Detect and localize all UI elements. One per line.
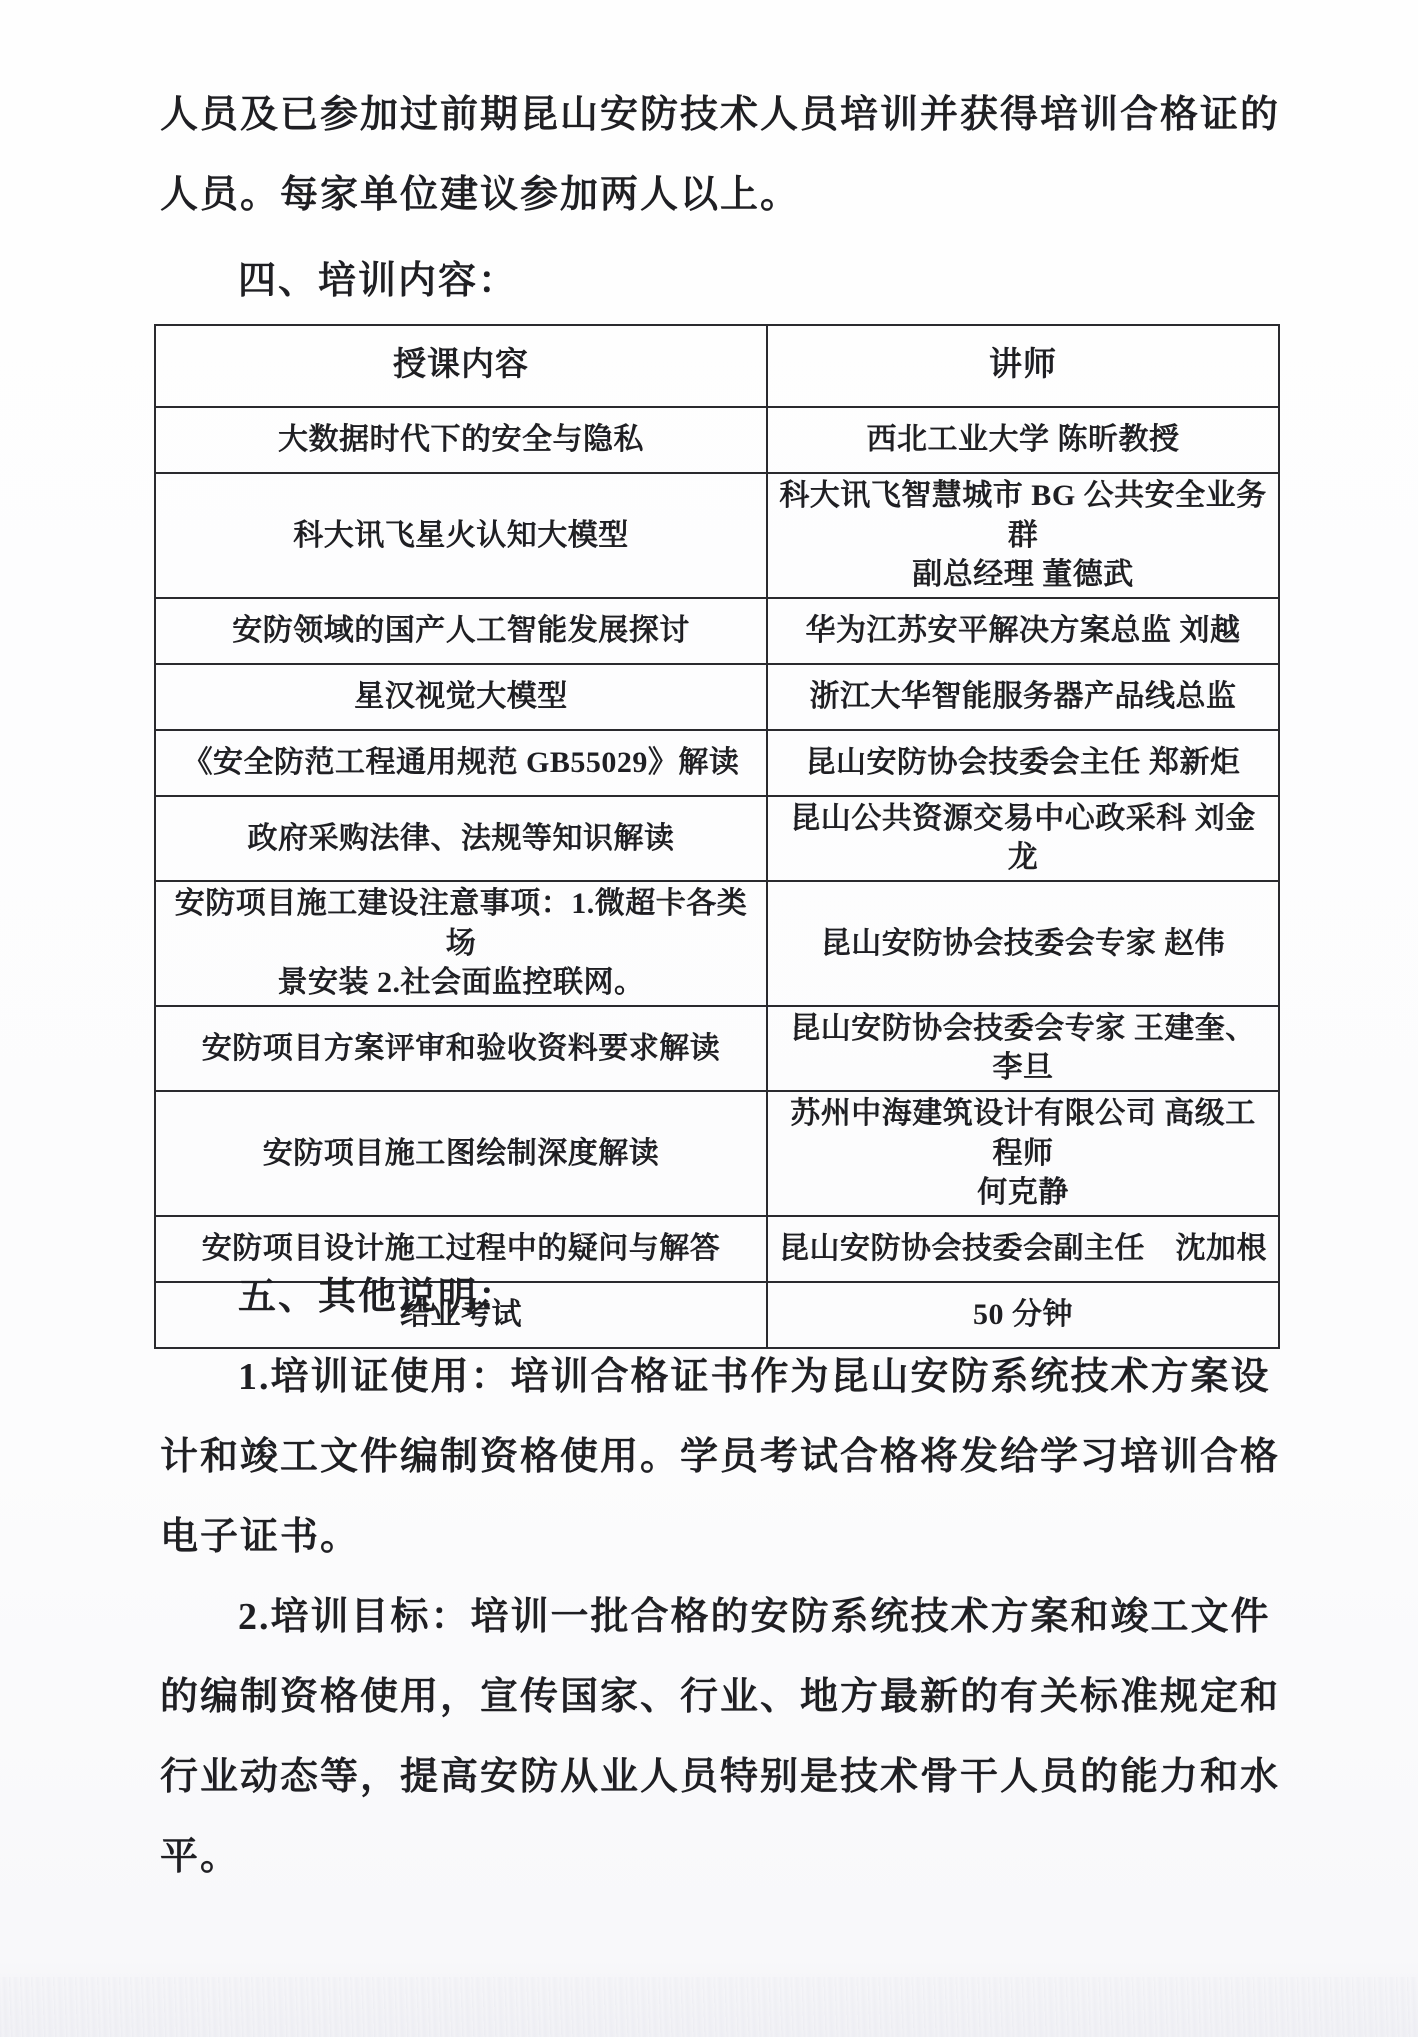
lecturer-cell: 昆山安防协会技委会副主任 沈加根 [767, 1216, 1279, 1282]
scan-bleedthrough-texture [0, 1977, 1418, 2037]
course-cell: 安防项目方案评审和验收资料要求解读 [155, 1006, 767, 1091]
lecturer-cell: 昆山安防协会技委会专家 王建奎、李旦 [767, 1006, 1279, 1091]
course-cell: 大数据时代下的安全与隐私 [155, 407, 767, 473]
table-row: 星汉视觉大模型 浙江大华智能服务器产品线总监 [155, 664, 1279, 730]
course-cell: 安防项目施工图绘制深度解读 [155, 1091, 767, 1216]
table-row: 安防领域的国产人工智能发展探讨 华为江苏安平解决方案总监 刘越 [155, 598, 1279, 664]
intro-line-1: 人员及已参加过前期昆山安防技术人员培训并获得培训合格证的 [160, 96, 1280, 136]
course-cell: 《安全防范工程通用规范 GB55029》解读 [155, 730, 767, 796]
notes-line-3: 电子证书。 [160, 1518, 360, 1558]
notes-line-4: 2.培训目标：培训一批合格的安防系统技术方案和竣工文件 [238, 1598, 1271, 1638]
table-row: 科大讯飞星火认知大模型 科大讯飞智慧城市 BG 公共安全业务群 副总经理 董德武 [155, 473, 1279, 598]
notes-line-5: 的编制资格使用，宣传国家、行业、地方最新的有关标准规定和 [160, 1678, 1280, 1718]
course-cell: 安防项目设计施工过程中的疑问与解答 [155, 1216, 767, 1282]
lecturer-cell: 50 分钟 [767, 1282, 1279, 1348]
training-content-table: 授课内容 讲师 大数据时代下的安全与隐私 西北工业大学 陈昕教授 科大讯飞星火认… [154, 324, 1280, 1349]
notes-line-7: 平。 [160, 1838, 240, 1878]
lecturer-cell: 科大讯飞智慧城市 BG 公共安全业务群 副总经理 董德武 [767, 473, 1279, 598]
table-row: 安防项目施工图绘制深度解读 苏州中海建筑设计有限公司 高级工程师 何克静 [155, 1091, 1279, 1216]
table-row: 《安全防范工程通用规范 GB55029》解读 昆山安防协会技委会主任 郑新炬 [155, 730, 1279, 796]
table-row: 安防项目设计施工过程中的疑问与解答 昆山安防协会技委会副主任 沈加根 [155, 1216, 1279, 1282]
notes-line-2: 计和竣工文件编制资格使用。学员考试合格将发给学习培训合格 [160, 1438, 1280, 1478]
notes-line-1: 1.培训证使用：培训合格证书作为昆山安防系统技术方案设 [238, 1358, 1271, 1398]
lecturer-cell: 苏州中海建筑设计有限公司 高级工程师 何克静 [767, 1091, 1279, 1216]
lecturer-cell: 昆山安防协会技委会主任 郑新炬 [767, 730, 1279, 796]
table-row: 安防项目方案评审和验收资料要求解读 昆山安防协会技委会专家 王建奎、李旦 [155, 1006, 1279, 1091]
course-cell: 安防项目施工建设注意事项：1.微超卡各类场 景安装 2.社会面监控联网。 [155, 881, 767, 1006]
lecturer-cell: 西北工业大学 陈昕教授 [767, 407, 1279, 473]
scanned-document-page: 人员及已参加过前期昆山安防技术人员培训并获得培训合格证的 人员。每家单位建议参加… [0, 0, 1418, 2037]
course-cell: 科大讯飞星火认知大模型 [155, 473, 767, 598]
lecturer-cell: 昆山安防协会技委会专家 赵伟 [767, 881, 1279, 1006]
header-lecturer: 讲师 [767, 325, 1279, 407]
course-cell: 政府采购法律、法规等知识解读 [155, 796, 767, 881]
intro-line-2: 人员。每家单位建议参加两人以上。 [160, 176, 800, 216]
lecturer-cell: 浙江大华智能服务器产品线总监 [767, 664, 1279, 730]
table-row: 大数据时代下的安全与隐私 西北工业大学 陈昕教授 [155, 407, 1279, 473]
header-course-content: 授课内容 [155, 325, 767, 407]
notes-line-6: 行业动态等，提高安防从业人员特别是技术骨干人员的能力和水 [160, 1758, 1280, 1798]
course-cell: 安防领域的国产人工智能发展探讨 [155, 598, 767, 664]
section4-heading: 四、培训内容： [238, 262, 518, 302]
table-row: 政府采购法律、法规等知识解读 昆山公共资源交易中心政采科 刘金龙 [155, 796, 1279, 881]
section5-heading: 五、其他说明： [238, 1278, 518, 1318]
table-header-row: 授课内容 讲师 [155, 325, 1279, 407]
lecturer-cell: 昆山公共资源交易中心政采科 刘金龙 [767, 796, 1279, 881]
course-cell: 星汉视觉大模型 [155, 664, 767, 730]
table-row: 安防项目施工建设注意事项：1.微超卡各类场 景安装 2.社会面监控联网。 昆山安… [155, 881, 1279, 1006]
lecturer-cell: 华为江苏安平解决方案总监 刘越 [767, 598, 1279, 664]
